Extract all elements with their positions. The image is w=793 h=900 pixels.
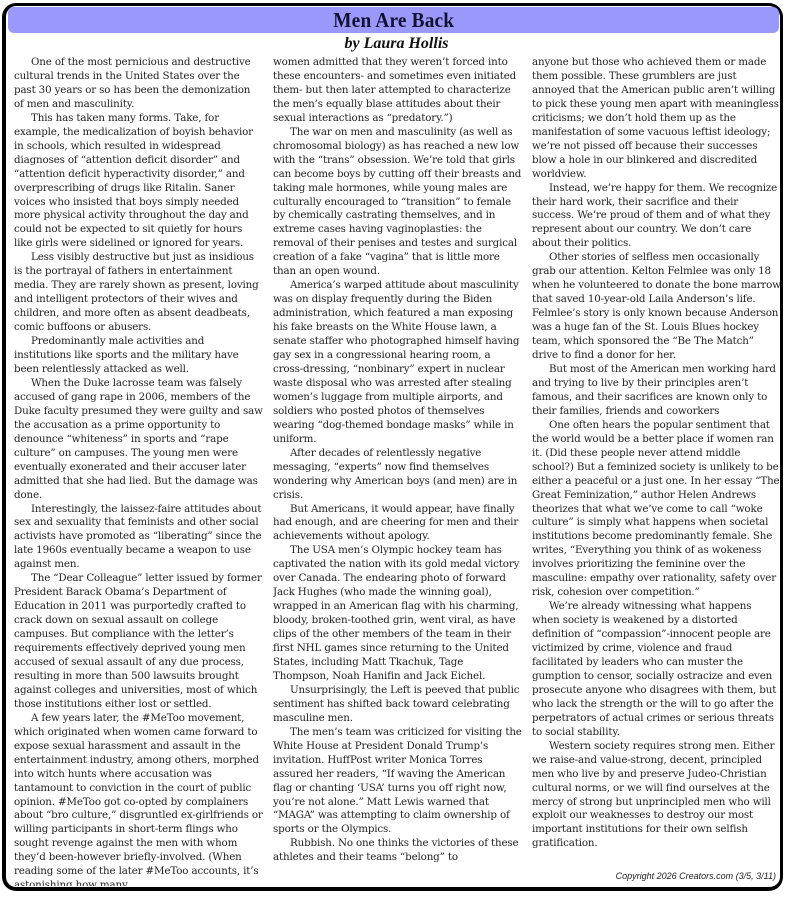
- paragraph: Predominantly male activities and instit…: [14, 335, 263, 377]
- column-2: women admitted that they weren’t forced …: [273, 56, 522, 886]
- paragraph: One often hears the popular sentiment th…: [532, 419, 781, 600]
- title-bar: Men Are Back: [8, 7, 779, 33]
- paragraph: One of the most pernicious and destructi…: [14, 56, 263, 112]
- paragraph: After decades of relentlessly negative m…: [273, 447, 522, 503]
- paragraph: We’re already witnessing what happens wh…: [532, 600, 781, 740]
- byline: by Laura Hollis: [0, 35, 793, 53]
- column-3: anyone but those who achieved them or ma…: [532, 56, 781, 886]
- paragraph: Less visibly destructive but just as ins…: [14, 251, 263, 335]
- paragraph: This has taken many forms. Take, for exa…: [14, 112, 263, 252]
- paragraph: A few years later, the #MeToo movement, …: [14, 712, 263, 886]
- paragraph: The war on men and masculinity (as well …: [273, 126, 522, 279]
- paragraph: Unsurprisingly, the Left is peeved that …: [273, 684, 522, 726]
- paragraph: The USA men’s Olympic hockey team has ca…: [273, 544, 522, 684]
- paragraph: The men’s team was criticized for visiti…: [273, 726, 522, 838]
- paragraph: Western society requires strong men. Eit…: [532, 740, 781, 852]
- paragraph: Interestingly, the laissez-faire attitud…: [14, 503, 263, 573]
- paragraph: The “Dear Colleague” letter issued by fo…: [14, 572, 263, 712]
- paragraph: But Americans, it would appear, have fin…: [273, 503, 522, 545]
- paragraph-continued: women admitted that they weren’t forced …: [273, 56, 522, 126]
- paragraph: When the Duke lacrosse team was falsely …: [14, 377, 263, 503]
- paragraph-continued: anyone but those who achieved them or ma…: [532, 56, 781, 182]
- paragraph: Rubbish. No one thinks the victories of …: [273, 837, 522, 865]
- column-1: One of the most pernicious and destructi…: [14, 56, 263, 886]
- copyright-notice: Copyright 2026 Creators.com (3/5, 3/11): [556, 871, 776, 881]
- paragraph: But most of the American men working har…: [532, 363, 781, 419]
- paragraph: Instead, we’re happy for them. We recogn…: [532, 182, 781, 252]
- article-body: One of the most pernicious and destructi…: [14, 56, 781, 886]
- paragraph: America’s warped attitude about masculin…: [273, 279, 522, 446]
- article-title: Men Are Back: [333, 8, 454, 33]
- paragraph: Other stories of selfless men occasional…: [532, 251, 781, 363]
